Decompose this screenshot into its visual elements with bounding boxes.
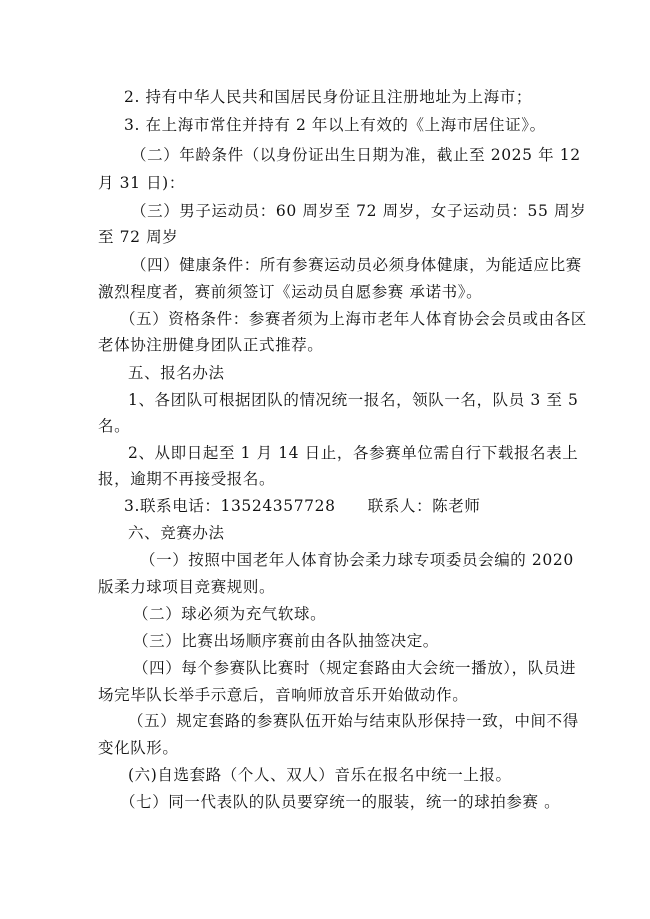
text-line-deadline: 2、从即日起至 1 月 14 日止，各参赛单位需自行下载报名表上: [128, 443, 578, 463]
text-line-deadline-cont: 报，逾期不再接受报名。: [98, 469, 275, 489]
text-line-freestyle-music: (六)自选套路（个人、双人）音乐在报名中统一上报。: [128, 765, 512, 785]
text-line-music-start: （四）每个参赛队比赛时（规定套路由大会统一播放），队员进: [133, 658, 576, 678]
text-line-music-start-cont: 场完毕队长举手示意后，音响师放音乐开始做动作。: [98, 685, 468, 705]
text-line-eligibility-id: 2. 持有中华人民共和国居民身份证且注册地址为上海市；: [124, 87, 532, 107]
text-line-age-condition-cont: 月 31 日)：: [98, 173, 185, 193]
section-heading-competition: 六、竞赛办法: [128, 523, 225, 543]
text-line-team-registration-cont: 名。: [98, 416, 130, 436]
text-line-team-registration: 1、各团队可根据团队的情况统一报名，领队一名，队员 3 至 5: [128, 390, 578, 410]
text-line-ball: （二）球必须为充气软球。: [133, 604, 326, 624]
text-line-eligibility-residence: 3. 在上海市常住并持有 2 年以上有效的《上海市居住证》。: [124, 115, 546, 135]
text-line-health-condition-cont: 激烈程度者，赛前须签订《运动员自愿参赛 承诺书》。: [98, 282, 482, 302]
text-line-uniform: （七）同一代表队的队员要穿统一的服装，统一的球拍参赛 。: [120, 792, 560, 812]
text-line-age-condition: （二）年龄条件（以身份证出生日期为准，截止至 2025 年 12: [131, 145, 581, 165]
text-line-age-ranges-cont: 至 72 周岁: [98, 227, 178, 247]
text-line-age-ranges: （三）男子运动员：60 周岁至 72 周岁，女子运动员：55 周岁: [131, 201, 586, 221]
text-line-health-condition: （四）健康条件：所有参赛运动员必须身体健康，为能适应比赛: [131, 255, 582, 275]
text-line-contact: 3.联系电话：13524357728 联系人：陈老师: [124, 496, 480, 516]
text-line-rules-cont: 版柔力球项目竞赛规则。: [98, 577, 275, 597]
text-line-formation-cont: 变化队形。: [98, 738, 179, 758]
document-page: 2. 持有中华人民共和国居民身份证且注册地址为上海市； 3. 在上海市常住并持有…: [0, 0, 650, 919]
text-line-qualification-cont: 老体协注册健身团队正式推荐。: [98, 335, 323, 355]
text-line-rules: （一）按照中国老年人体育协会柔力球专项委员会编的 2020: [140, 550, 574, 570]
text-line-formation: （五）规定套路的参赛队伍开始与结束队形保持一致，中间不得: [128, 711, 579, 731]
section-heading-registration: 五、报名办法: [128, 363, 225, 383]
text-line-order: （三）比赛出场顺序赛前由各队抽签决定。: [133, 631, 439, 651]
text-line-qualification: （五）资格条件：参赛者须为上海市老年人体育协会会员或由各区: [120, 309, 587, 329]
